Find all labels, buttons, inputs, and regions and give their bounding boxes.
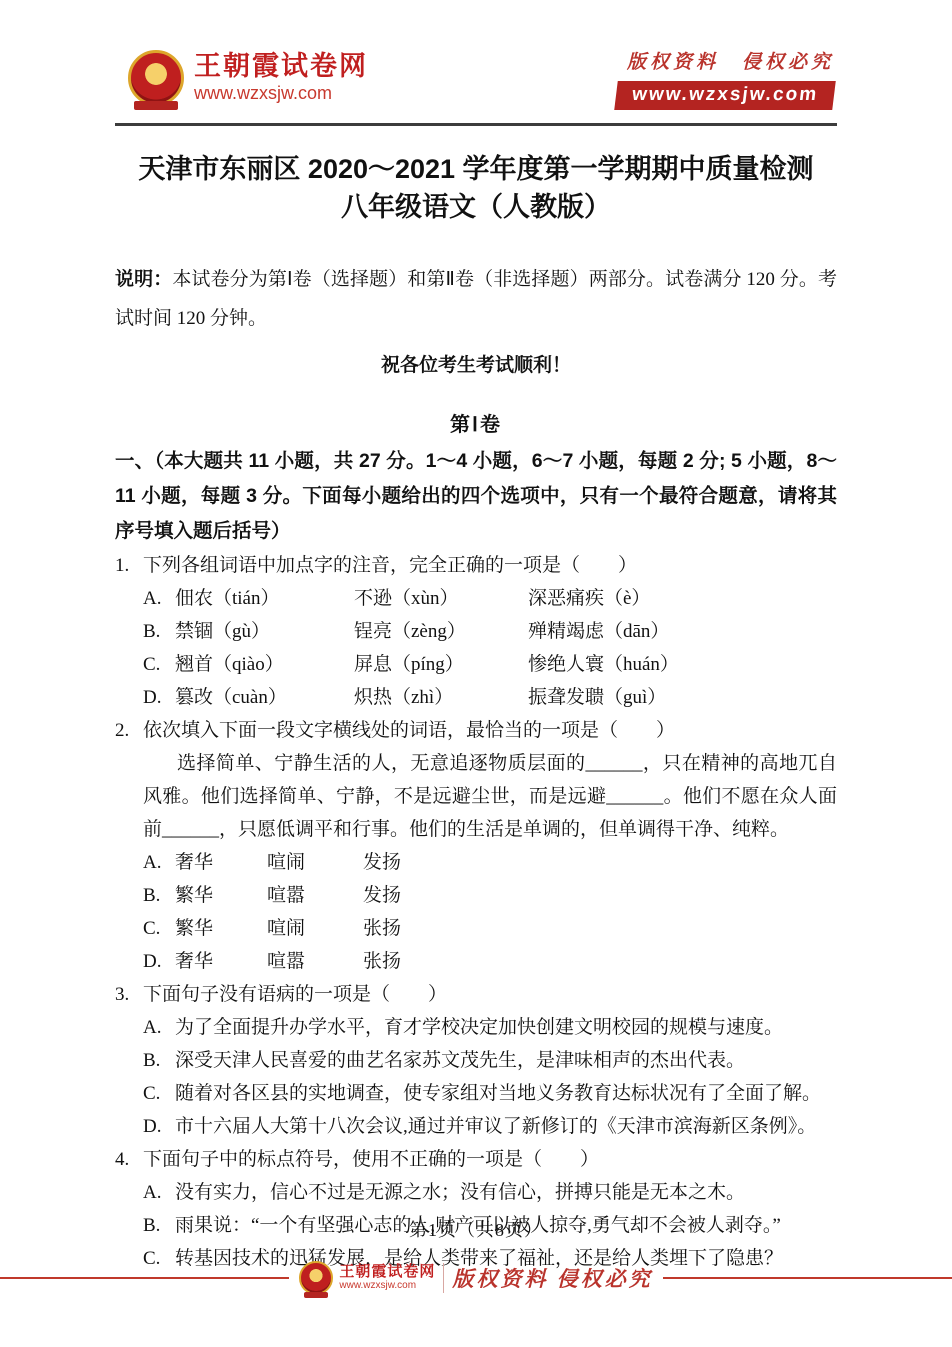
option-row: C.翘首（qiào）屏息（píng）惨绝人寰（huán） [115,648,837,681]
option-col: 翘首（qiào） [175,648,354,681]
notice-label: 说明： [115,269,172,290]
question: 1.下列各组词语中加点字的注音，完全正确的一项是（ ）A.佃农（tián）不逊（… [115,549,837,714]
footer: 第1页（共8页） 王朝霞试卷网 www.wzxsjw.com 版权资料 侵权必究 [0,1216,952,1301]
question-stem: 下面句子中的标点符号，使用不正确的一项是（ ） [143,1143,837,1176]
question-stem-row: 3.下面句子没有语病的一项是（ ） [115,978,837,1011]
footer-logo-emblem-icon [299,1261,333,1295]
option-row: D.奢华喧嚣张扬 [115,945,837,978]
option-label: A. [143,1176,175,1209]
question-number: 2. [115,714,143,747]
option-label: B. [143,615,175,648]
exam-paper-page: 王朝霞试卷网 www.wzxsjw.com 版权资料 侵权必究 www.wzxs… [0,0,952,1347]
site-url: www.wzxsjw.com [194,81,368,105]
option-text: 为了全面提升办学水平，育才学校决定加快创建文明校园的规模与速度。 [175,1011,837,1044]
option-col: 殚精竭虑（dān） [528,615,669,648]
option-col: 张扬 [363,912,401,945]
option-row: A.奢华喧闹发扬 [115,846,837,879]
option-label: C. [143,1077,175,1110]
footer-bar: 王朝霞试卷网 www.wzxsjw.com 版权资料 侵权必究 [0,1255,952,1301]
footer-center: 王朝霞试卷网 www.wzxsjw.com 版权资料 侵权必究 [289,1261,662,1295]
header: 王朝霞试卷网 www.wzxsjw.com 版权资料 侵权必究 www.wzxs… [128,50,834,116]
option-label: B. [143,879,175,912]
option-label: B. [143,1044,175,1077]
copyright-slogan: 版权资料 侵权必究 [616,50,834,76]
option-text: 市十六届人大第十八次会议,通过并审议了新修订的《天津市滨海新区条例》。 [175,1110,837,1143]
option-col: 喧闹 [267,846,363,879]
option-label: A. [143,582,175,615]
header-right: 版权资料 侵权必究 www.wzxsjw.com [616,50,834,110]
option-row: B.深受天津人民喜爱的曲艺名家苏文茂先生，是津味相声的杰出代表。 [115,1044,837,1077]
question-number: 1. [115,549,143,582]
site-url-banner: www.wzxsjw.com [614,81,836,110]
footer-copyright-slogan: 版权资料 侵权必究 [452,1263,652,1293]
footer-site-name: 王朝霞试卷网 [339,1264,435,1280]
question-stem: 下面句子没有语病的一项是（ ） [143,978,837,1011]
question-stem: 依次填入下面一段文字横线处的词语，最恰当的一项是（ ） [143,714,837,747]
option-col: 繁华 [175,879,267,912]
option-row: C.繁华喧闹张扬 [115,912,837,945]
option-text: 随着对各区县的实地调查，使专家组对当地义务教育达标状况有了全面了解。 [175,1077,837,1110]
option-col: 不逊（xùn） [354,582,528,615]
exam-title-line2: 八年级语文（人教版） [115,188,837,226]
option-row: D.市十六届人大第十八次会议,通过并审议了新修订的《天津市滨海新区条例》。 [115,1110,837,1143]
question: 2.依次填入下面一段文字横线处的词语，最恰当的一项是（ ）选择简单、宁静生活的人… [115,714,837,978]
question-stem-row: 1.下列各组词语中加点字的注音，完全正确的一项是（ ） [115,549,837,582]
question-stem-row: 2.依次填入下面一段文字横线处的词语，最恰当的一项是（ ） [115,714,837,747]
option-label: A. [143,1011,175,1044]
option-col: 佃农（tián） [175,582,354,615]
option-col: 屏息（píng） [354,648,528,681]
option-col: 奢华 [175,945,267,978]
option-col: 发扬 [363,846,401,879]
option-col: 炽热（zhì） [354,681,528,714]
option-label: D. [143,681,175,714]
section-intro: 一、（本大题共 11 小题，共 27 分。1～4 小题，6～7 小题，每题 2 … [115,444,837,549]
header-divider [115,123,837,126]
footer-logo-text: 王朝霞试卷网 www.wzxsjw.com [339,1264,435,1292]
document-body: 天津市东丽区 2020～2021 学年度第一学期期中质量检测 八年级语文（人教版… [115,150,837,1275]
question-number: 3. [115,978,143,1011]
option-col: 繁华 [175,912,267,945]
option-row: B.繁华喧嚣发扬 [115,879,837,912]
option-row: D.篡改（cuàn）炽热（zhì）振聋发聩（guì） [115,681,837,714]
option-col: 振聋发聩（guì） [528,681,666,714]
option-col: 禁锢（gù） [175,615,354,648]
question-stem: 下列各组词语中加点字的注音，完全正确的一项是（ ） [143,549,837,582]
option-label: D. [143,1110,175,1143]
site-logo-text: 王朝霞试卷网 www.wzxsjw.com [194,51,368,105]
option-col: 奢华 [175,846,267,879]
exam-title-line1: 天津市东丽区 2020～2021 学年度第一学期期中质量检测 [115,150,837,188]
page-number: 第1页（共8页） [0,1216,952,1242]
footer-line-left [0,1277,289,1279]
option-col: 锃亮（zèng） [354,615,528,648]
option-col: 惨绝人寰（huán） [528,648,679,681]
option-col: 深恶痛疾（è） [528,582,650,615]
option-label: D. [143,945,175,978]
option-text: 没有实力，信心不过是无源之水；没有信心，拼搏只能是无本之木。 [175,1176,837,1209]
option-label: C. [143,912,175,945]
exam-notice: 说明：本试卷分为第Ⅰ卷（选择题）和第Ⅱ卷（非选择题）两部分。试卷满分 120 分… [115,260,837,338]
option-row: C.随着对各区县的实地调查，使专家组对当地义务教育达标状况有了全面了解。 [115,1077,837,1110]
option-col: 喧闹 [267,912,363,945]
notice-text: 本试卷分为第Ⅰ卷（选择题）和第Ⅱ卷（非选择题）两部分。试卷满分 120 分。考试… [115,269,837,329]
option-row: A.为了全面提升办学水平，育才学校决定加快创建文明校园的规模与速度。 [115,1011,837,1044]
page-title: 天津市东丽区 2020～2021 学年度第一学期期中质量检测 八年级语文（人教版… [115,150,837,226]
question-passage: 选择简单、宁静生活的人，无意追逐物质层面的______，只在精神的高地兀自风雅。… [143,747,837,846]
footer-site-url: www.wzxsjw.com [339,1280,435,1292]
site-name: 王朝霞试卷网 [194,51,368,81]
option-row: A.佃农（tián）不逊（xùn）深恶痛疾（è） [115,582,837,615]
section-title: 第Ⅰ卷 [115,408,837,437]
question-stem-row: 4.下面句子中的标点符号，使用不正确的一项是（ ） [115,1143,837,1176]
option-col: 篡改（cuàn） [175,681,354,714]
option-row: A.没有实力，信心不过是无源之水；没有信心，拼搏只能是无本之木。 [115,1176,837,1209]
option-label: A. [143,846,175,879]
option-col: 喧嚣 [267,879,363,912]
footer-site-logo: 王朝霞试卷网 www.wzxsjw.com [299,1261,435,1295]
question: 3.下面句子没有语病的一项是（ ）A.为了全面提升办学水平，育才学校决定加快创建… [115,978,837,1143]
site-logo-emblem-icon [128,50,184,106]
option-col: 喧嚣 [267,945,363,978]
option-col: 发扬 [363,879,401,912]
option-text: 深受天津人民喜爱的曲艺名家苏文茂先生，是津味相声的杰出代表。 [175,1044,837,1077]
option-label: C. [143,648,175,681]
footer-divider [443,1263,444,1293]
question-number: 4. [115,1143,143,1176]
questions-list: 1.下列各组词语中加点字的注音，完全正确的一项是（ ）A.佃农（tián）不逊（… [115,549,837,1275]
option-col: 张扬 [363,945,401,978]
site-logo: 王朝霞试卷网 www.wzxsjw.com [128,50,368,106]
option-row: B.禁锢（gù）锃亮（zèng）殚精竭虑（dān） [115,615,837,648]
exam-wish: 祝各位考生考试顺利！ [115,350,837,377]
footer-line-right [663,1277,952,1279]
